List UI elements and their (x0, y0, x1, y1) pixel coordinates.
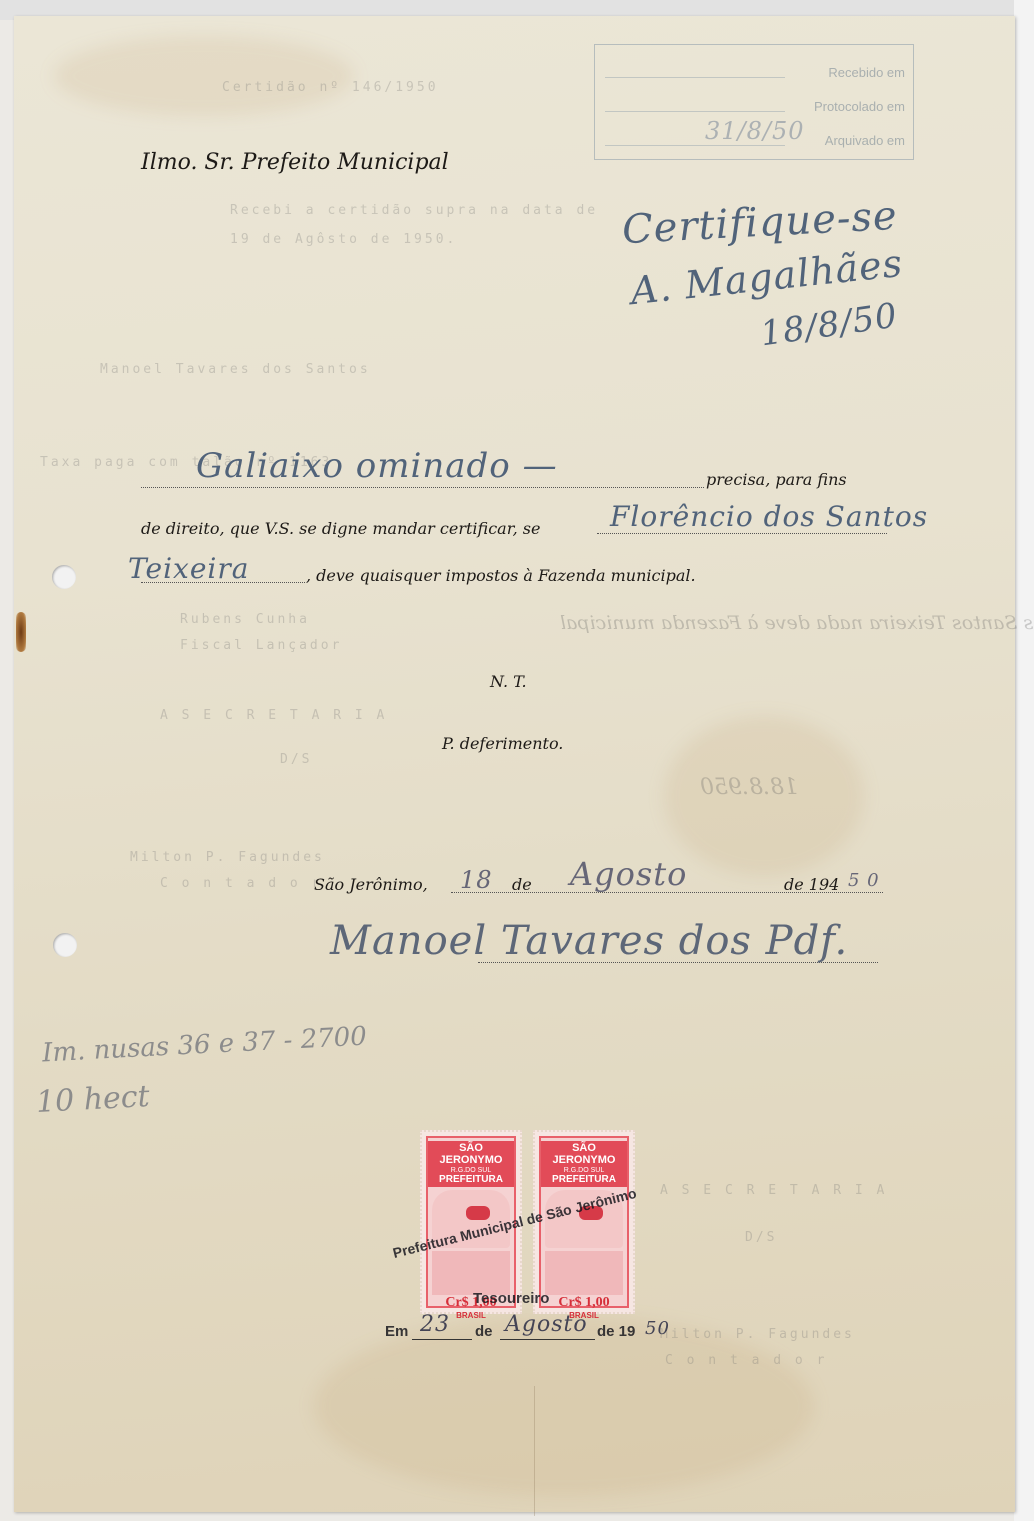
scan-backdrop-right (1014, 0, 1034, 1521)
place-label: São Jerônimo, (314, 875, 428, 894)
date-year-digit: 5 0 (848, 870, 880, 891)
tax-stamp-city: SÃO JERONYMO (428, 1141, 514, 1167)
bleedthrough-dvs-1: D/S (280, 752, 312, 767)
cancel-stamp-de-1: de (475, 1323, 493, 1340)
archived-date: 31/8/50 (705, 117, 805, 145)
bleedthrough-received-1: Recebi a certidão supra na data de (230, 203, 598, 218)
bleedthrough-date: 18.8.950 (700, 775, 798, 800)
cancel-stamp-day: 23 (420, 1312, 450, 1337)
form-line-1: precisa, para fins (706, 470, 847, 489)
form-line-3: , deve quaisquer impostos à Fazenda muni… (306, 566, 696, 585)
closing-deferimento: P. deferimento. (442, 734, 563, 753)
subject-field-line (597, 533, 887, 534)
tax-stamp-mine-scene (432, 1251, 510, 1295)
bleedthrough-received-name: Manoel Tavares dos Santos (100, 362, 371, 377)
tax-stamp-office: PREFEITURA (428, 1174, 514, 1187)
tax-stamp-value: Cr$ 1,00 (541, 1295, 627, 1311)
salutation-heading: Ilmo. Sr. Prefeito Municipal (141, 150, 449, 175)
receipt-box-stamp: Recebido em Protocolado em Arquivado em … (594, 44, 914, 160)
bleedthrough-received-2: 19 de Agôsto de 1950. (230, 232, 457, 247)
tax-stamp-city: SÃO JERONYMO (541, 1141, 627, 1167)
bleedthrough-handwriting: Florêncio dos Santos Teixeira nada deve … (560, 612, 1034, 634)
date-de-1: de (512, 875, 532, 894)
receipt-row-protocol: Protocolado em (814, 99, 905, 114)
punch-hole (52, 565, 76, 589)
petitioner-name: Galiaixo ominado — (196, 446, 558, 486)
date-day: 18 (460, 866, 493, 894)
cancel-stamp-de-2: de 19 (597, 1323, 635, 1340)
petitioner-field-line (141, 487, 704, 488)
bleedthrough-cert-number: Certidão nº 146/1950 (222, 80, 439, 95)
subject-name-part1: Florêncio dos Santos (610, 500, 928, 533)
receipt-line (605, 111, 785, 112)
rust-mark (16, 612, 26, 652)
bleedthrough-milton-name: Milton P. Fagundes (130, 850, 325, 865)
tax-stamp-office: PREFEITURA (541, 1174, 627, 1187)
cancel-stamp-day-line (412, 1339, 472, 1340)
petitioner-signature: Manoel Tavares dos Pdf. (330, 918, 848, 964)
pencil-note-line2: 10 hect (35, 1079, 150, 1120)
bleedthrough-contador-2: C o n t a d o r (665, 1353, 827, 1368)
cancel-stamp-role: Tesoureiro (473, 1290, 549, 1307)
receipt-row-received: Recebido em (828, 65, 905, 80)
date-month: Agosto (570, 855, 687, 893)
bull-icon (466, 1206, 490, 1220)
bleedthrough-fiscal-title: Fiscal Lançador (180, 638, 342, 653)
closing-nt: N. T. (490, 672, 527, 691)
paper-stain (314, 1316, 814, 1496)
tax-stamp-mine-scene (545, 1251, 623, 1295)
receipt-row-archived: Arquivado em (825, 133, 905, 148)
receipt-line (605, 145, 785, 146)
bleedthrough-fiscal-name: Rubens Cunha (180, 612, 310, 627)
cancel-stamp-month: Agosto (505, 1312, 588, 1337)
form-line-2: de direito, que V.S. se digne mandar cer… (141, 519, 540, 538)
bleedthrough-secretaria-1: A S E C R E T A R I A (160, 708, 387, 723)
paper-stain (54, 36, 354, 116)
bleedthrough-secretaria-2: A S E C R E T A R I A (660, 1183, 887, 1198)
cancel-stamp-month-line (500, 1339, 595, 1340)
punch-hole (53, 933, 77, 957)
cancel-stamp-year: 50 (645, 1318, 670, 1339)
tax-stamp-state: R.G.DO SUL (541, 1167, 627, 1174)
date-de-2: de 194 (784, 875, 839, 894)
bleedthrough-contador: C o n t a d o r (160, 876, 322, 891)
cancel-stamp-date-prefix: Em (385, 1323, 408, 1340)
subject-name-part2: Teixeira (128, 552, 249, 585)
tax-stamp-state: R.G.DO SUL (428, 1167, 514, 1174)
receipt-line (605, 77, 785, 78)
bleedthrough-milton-name-2: Milton P. Fagundes (660, 1327, 855, 1342)
paper-fold (534, 1386, 535, 1516)
bleedthrough-dvs-2: D/S (745, 1230, 777, 1245)
